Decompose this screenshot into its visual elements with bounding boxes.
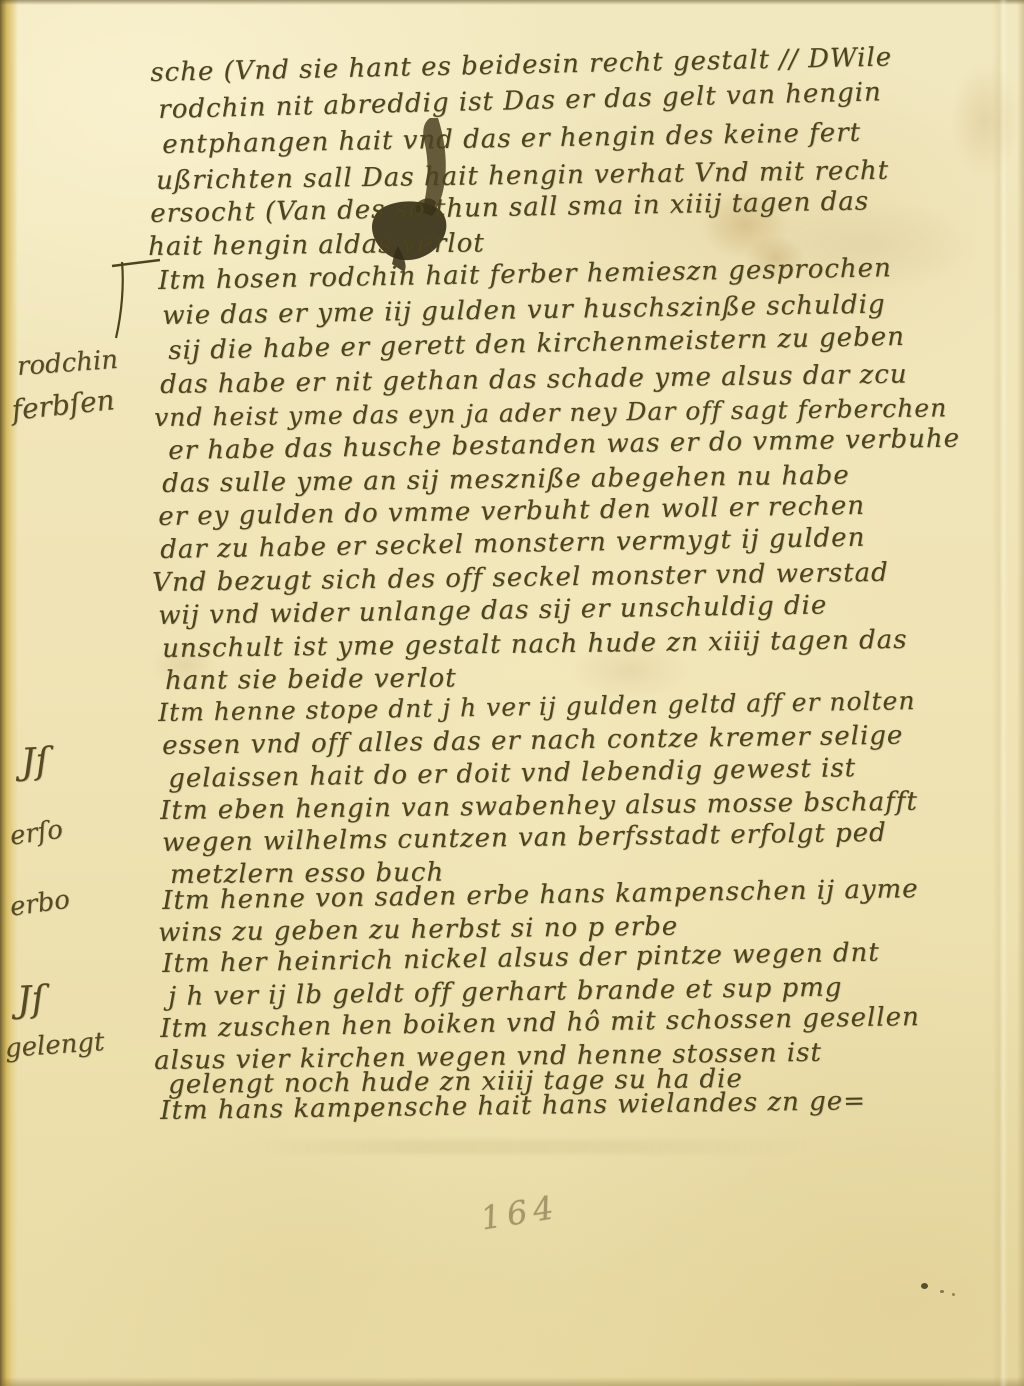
page-top-edge — [0, 0, 1024, 5]
manuscript-line: das habe er nit gethan das schade yme al… — [160, 362, 908, 400]
manuscript-line: dar zu habe er seckel monstern vermygt i… — [160, 525, 866, 565]
page-bottom-edge — [0, 1377, 1024, 1386]
page-right-edge — [1017, 0, 1024, 1386]
showthrough — [250, 1140, 810, 1154]
ink-speck — [921, 1283, 928, 1289]
manuscript-line: rodchin nit abreddig ist Das er das gelt… — [158, 79, 882, 124]
manuscript-line: er habe das husche bestanden was er do v… — [168, 426, 960, 466]
margin-sign-js-1: Jſ — [20, 741, 50, 783]
manuscript-line: wij vnd wider unlange das sij er unschul… — [158, 592, 827, 630]
manuscript-line: wegen wilhelms cuntzen van berfsstadt er… — [162, 820, 887, 857]
manuscript-line: gelaissen hait do er doit vnd lebendig g… — [168, 755, 856, 793]
manuscript-line: sij die habe er gerett den kirchenmeiste… — [168, 324, 905, 365]
manuscript-line: hait hengin aldas verlot — [148, 230, 485, 261]
margin-note-erse: erſo — [8, 815, 65, 852]
ink-speck — [940, 1290, 944, 1293]
margin-note-gelengt: gelengt — [4, 1027, 105, 1064]
margin-note-ferbsen: ferbſen — [10, 383, 116, 427]
folio-number: 164 — [478, 1188, 562, 1238]
stain — [950, 60, 1020, 180]
manuscript-line: unschult ist yme gestalt nach hude zn xi… — [162, 627, 908, 663]
page-left-edge — [0, 0, 18, 1386]
manuscript-line: Itm hans kampensche hait hans wielandes … — [160, 1088, 866, 1125]
margin-sign-js-2: Jſ — [16, 979, 46, 1021]
manuscript-line: entphangen hait vnd das er hengin des ke… — [162, 120, 861, 159]
manuscript-line: Itm hosen rodchin hait ferber hemieszn g… — [158, 255, 892, 295]
manuscript-line: hant sie beide verlot — [165, 665, 457, 695]
page-right-crease — [992, 0, 1008, 1386]
manuscript-page: sche (Vnd sie hant es beidesin recht ges… — [0, 0, 1024, 1386]
margin-note-rodchin: rodchin — [16, 345, 119, 382]
ink-speck — [952, 1293, 955, 1296]
